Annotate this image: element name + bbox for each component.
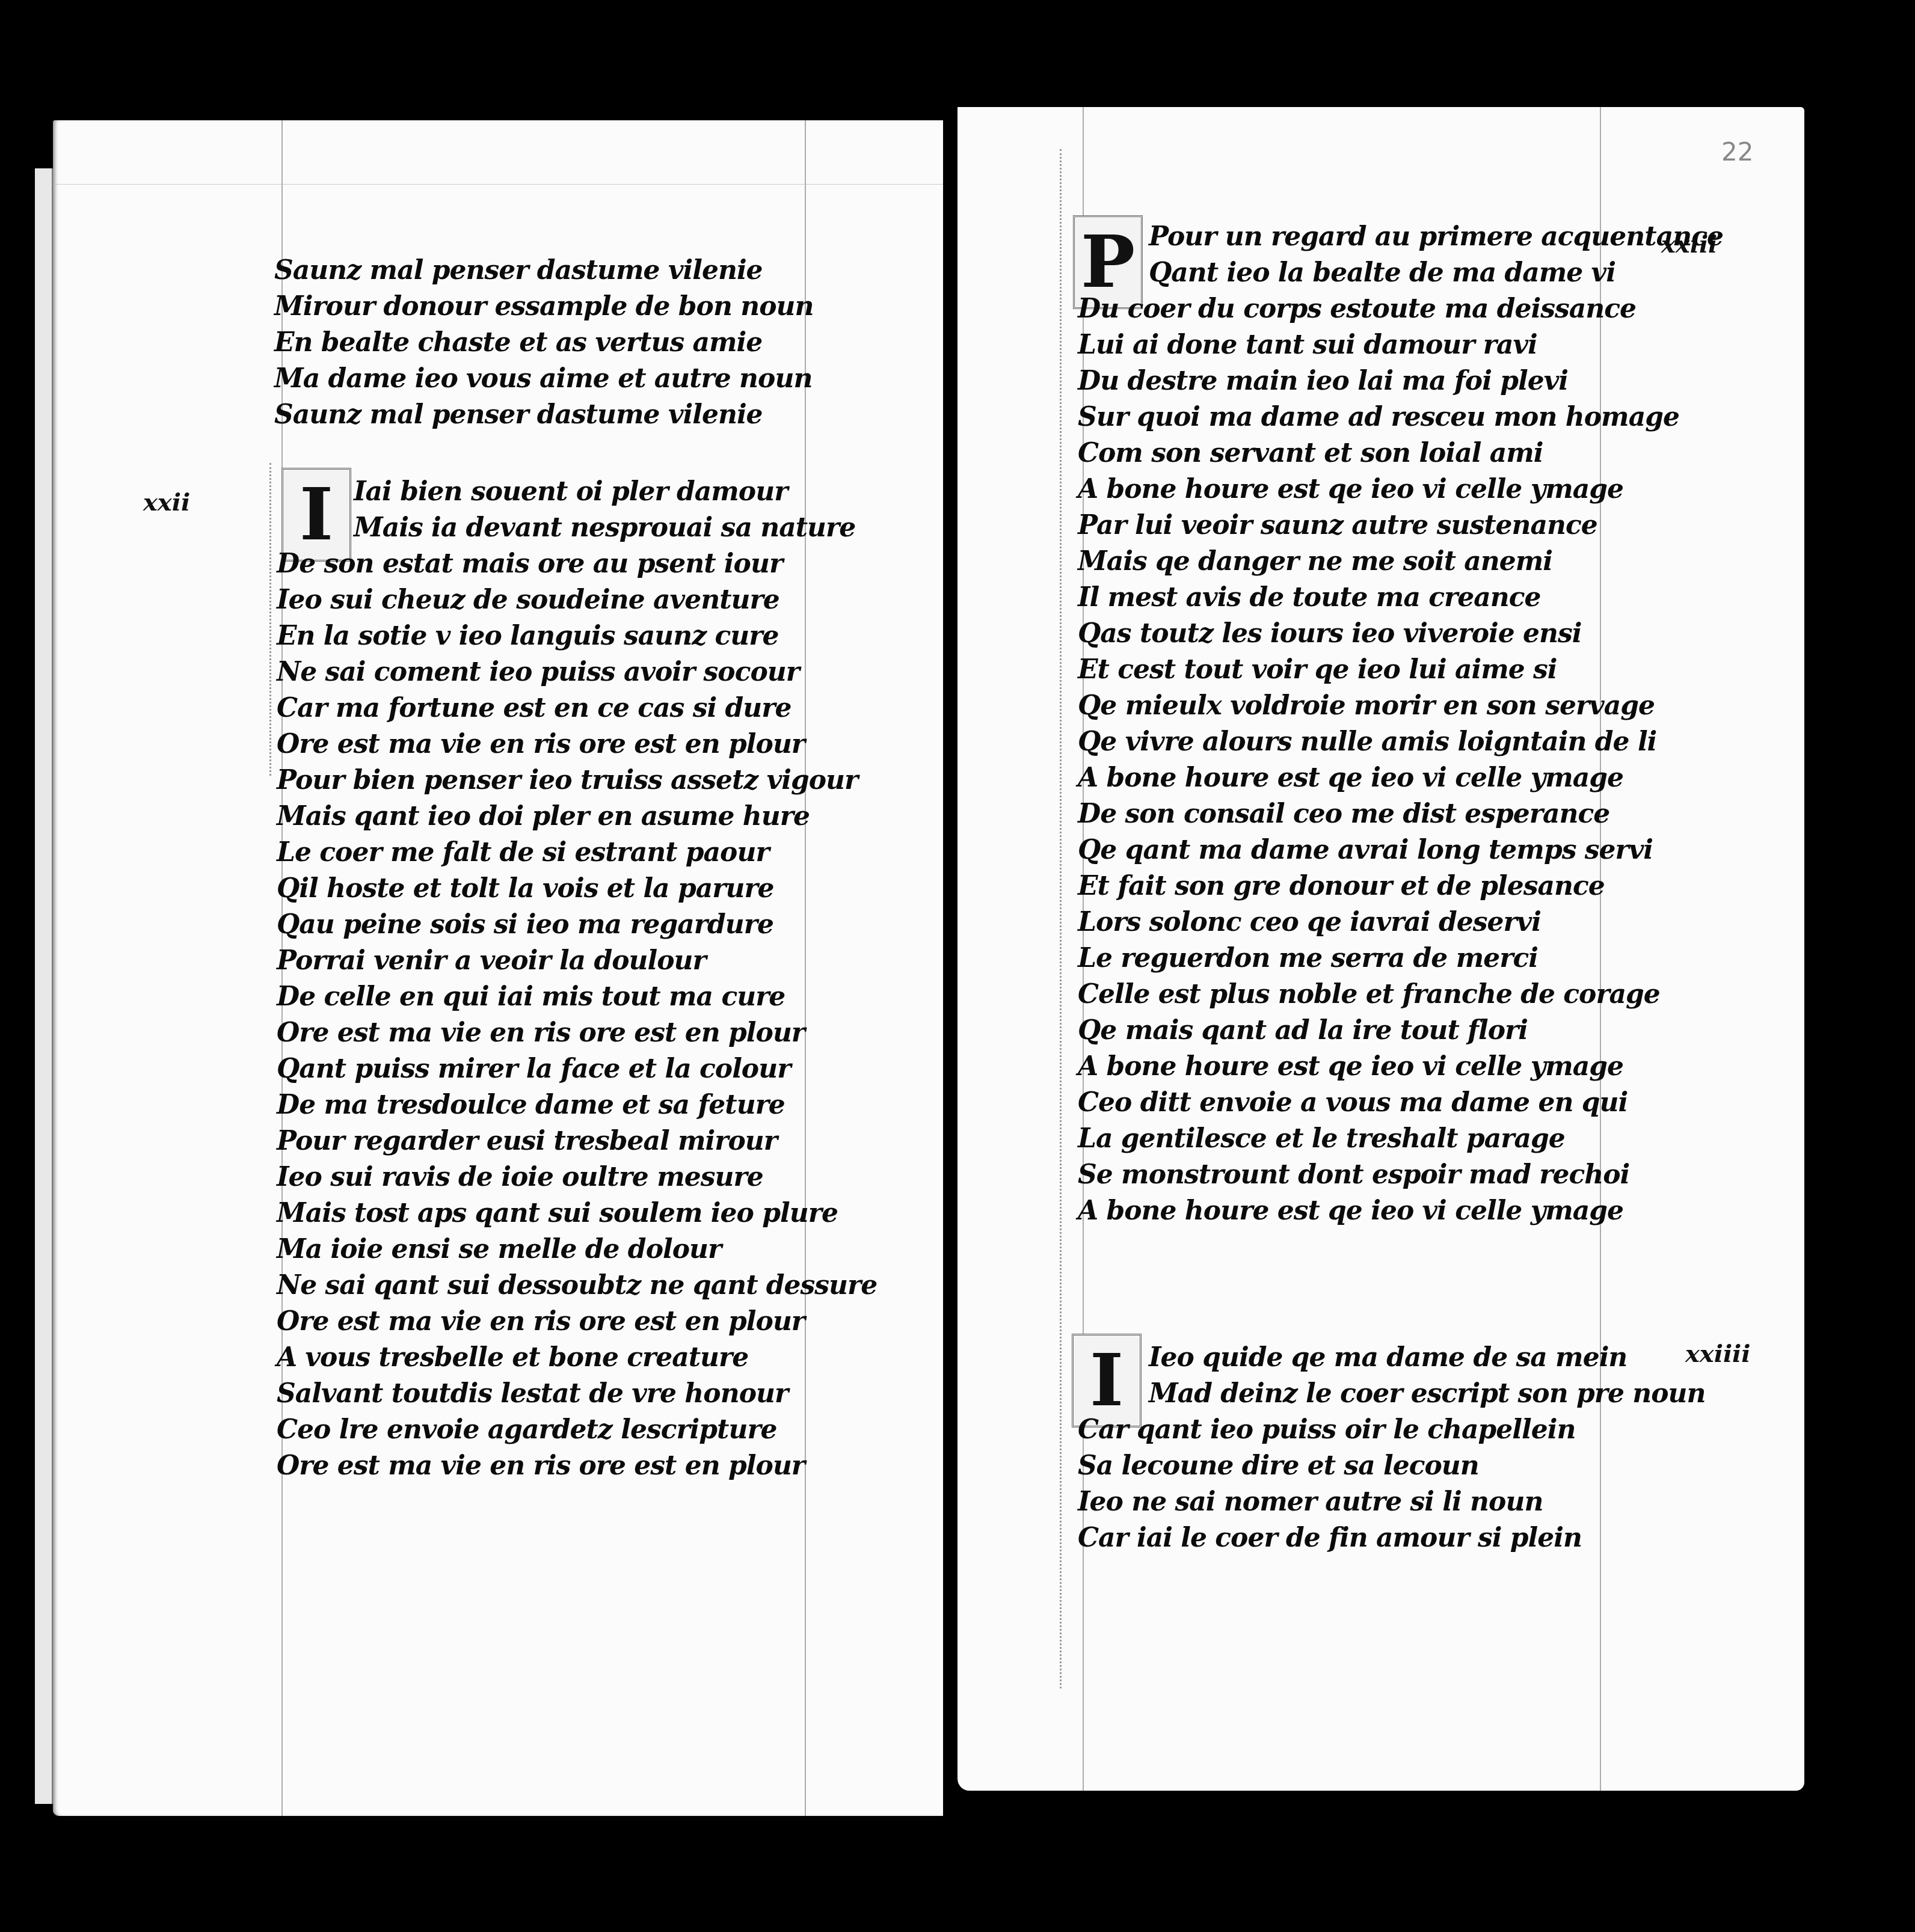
verse-line: Porrai venir a veoir la doulour [277,943,877,979]
verse-line: A bone houre est qe ieo vi celle ymage [1078,1049,1723,1085]
verse-line: Mirour donour essample de bon noun [274,289,814,325]
verse-line: Se monstrount dont espoir mad rechoi [1078,1157,1723,1193]
verse-line: Mais ia devant nesprouai sa nature [277,510,877,546]
verse-line: Et fait son gre donour et de plesance [1078,868,1723,904]
verse-line: Qas toutz les iours ieo viveroie ensi [1078,616,1723,652]
verse-line: Pour regarder eusi tresbeal mirour [277,1123,877,1159]
verse-line: Pour un regard au primere acquentance [1078,219,1723,255]
verse-line: Mad deinz le coer escript son pre noun [1078,1376,1706,1412]
verse-line: Le coer me falt de si estrant paour [277,835,877,871]
verse-line: Ma dame ieo vous aime et autre noun [274,361,814,397]
verse-line: Ceo lre envoie agardetz lescripture [277,1412,877,1448]
verse-line: Qe mieulx voldroie morir en son servage [1078,688,1723,724]
verse-line: Lui ai done tant sui damour ravi [1078,327,1723,363]
verse-line: Sur quoi ma dame ad resceu mon homage [1078,399,1723,435]
verse-line: Du destre main ieo lai ma foi plevi [1078,363,1723,399]
verse-line: Ieo sui cheuz de soudeine aventure [277,582,877,618]
verse-line: Com son servant et son loial ami [1078,435,1723,471]
verse-line: Sa lecoune dire et sa lecoun [1078,1448,1706,1484]
verse-line: Salvant toutdis lestat de vre honour [277,1376,877,1412]
verse-line: Ore est ma vie en ris ore est en plour [277,1304,877,1340]
verse-line: De son estat mais ore au psent iour [277,546,877,582]
flourish-decoration [1060,149,1072,1688]
verse-line: Ceo ditt envoie a vous ma dame en qui [1078,1085,1723,1121]
verse-line: Mais tost aps qant sui soulem ieo plure [277,1195,877,1231]
verse-line: Iai bien souent oi pler damour [277,474,877,510]
verse-line: Ieo sui ravis de ioie oultre mesure [277,1159,877,1195]
verse-line: Du coer du corps estoute ma deissance [1078,291,1723,327]
verse-line: Ne sai qant sui dessoubtz ne qant dessur… [277,1268,877,1304]
verse-line: Ma ioie ensi se melle de dolour [277,1231,877,1268]
verse-line: Le reguerdon me serra de merci [1078,940,1723,977]
verse-line: A vous tresbelle et bone creature [277,1340,877,1376]
verse-line: Qil hoste et tolt la vois et la parure [277,871,877,907]
verse-line: Qant puiss mirer la face et la colour [277,1051,877,1087]
verse-line: La gentilesce et le treshalt parage [1078,1121,1723,1157]
stanza-refrain: Saunz mal penser dastume vilenie Mirour … [274,253,814,433]
verse-line: Mais qant ieo doi pler en asume hure [277,799,877,835]
verse-line: A bone houre est qe ieo vi celle ymage [1078,471,1723,508]
verse-line: Saunz mal penser dastume vilenie [274,253,814,289]
verse-line: A bone houre est qe ieo vi celle ymage [1078,1193,1723,1229]
verse-line: Qe qant ma dame avrai long temps servi [1078,832,1723,868]
verse-line: Qau peine sois si ieo ma regardure [277,907,877,943]
verse-line: Ore est ma vie en ris ore est en plour [277,726,877,762]
ballade-xxiiii: Ieo quide qe ma dame de sa mein Mad dein… [1078,1340,1706,1556]
verse-line: Celle est plus noble et franche de corag… [1078,977,1723,1013]
folio-number: 22 [1721,137,1753,167]
verse-line: A bone houre est qe ieo vi celle ymage [1078,760,1723,796]
ballade-xxiii: Pour un regard au primere acquentance Qa… [1078,219,1723,1229]
verse-line: Par lui veoir saunz autre sustenance [1078,508,1723,544]
verse-line: Ore est ma vie en ris ore est en plour [277,1448,877,1484]
left-manuscript-page: xxii I Saunz mal penser dastume vilenie … [53,120,943,1816]
verse-line: Car qant ieo puiss oir le chapellein [1078,1412,1706,1448]
verse-line: Lors solonc ceo qe iavrai deservi [1078,904,1723,940]
verse-line: Ne sai coment ieo puiss avoir socour [277,654,877,690]
ruling-line-top [53,184,943,185]
verse-line: Car iai le coer de fin amour si plein [1078,1520,1706,1556]
verse-line: Mais qe danger ne me soit anemi [1078,544,1723,580]
verse-line: En la sotie v ieo languis saunz cure [277,618,877,654]
verse-line: Qe mais qant ad la ire tout flori [1078,1013,1723,1049]
verse-line: Ore est ma vie en ris ore est en plour [277,1015,877,1051]
page-stack-edge [35,168,53,1804]
stanza-number: xxii [143,488,190,517]
verse-line: Il mest avis de toute ma creance [1078,580,1723,616]
verse-line: Pour bien penser ieo truiss assetz vigou… [277,762,877,799]
right-manuscript-page: 22 xxiii P Pour un regard au primere acq… [957,107,1804,1791]
verse-line: Ieo quide qe ma dame de sa mein [1078,1340,1706,1376]
verse-line: De celle en qui iai mis tout ma cure [277,979,877,1015]
verse-line: Ieo ne sai nomer autre si li noun [1078,1484,1706,1520]
verse-line: Car ma fortune est en ce cas si dure [277,690,877,726]
verse-line: Qe vivre alours nulle amis loigntain de … [1078,724,1723,760]
ballade-xxii: Iai bien souent oi pler damour Mais ia d… [277,474,877,1484]
verse-line: Et cest tout voir qe ieo lui aime si [1078,652,1723,688]
verse-line: Saunz mal penser dastume vilenie [274,397,814,433]
verse-line: De son consail ceo me dist esperance [1078,796,1723,832]
verse-line: En bealte chaste et as vertus amie [274,325,814,361]
verse-line: De ma tresdoulce dame et sa feture [277,1087,877,1123]
verse-line: Qant ieo la bealte de ma dame vi [1078,255,1723,291]
